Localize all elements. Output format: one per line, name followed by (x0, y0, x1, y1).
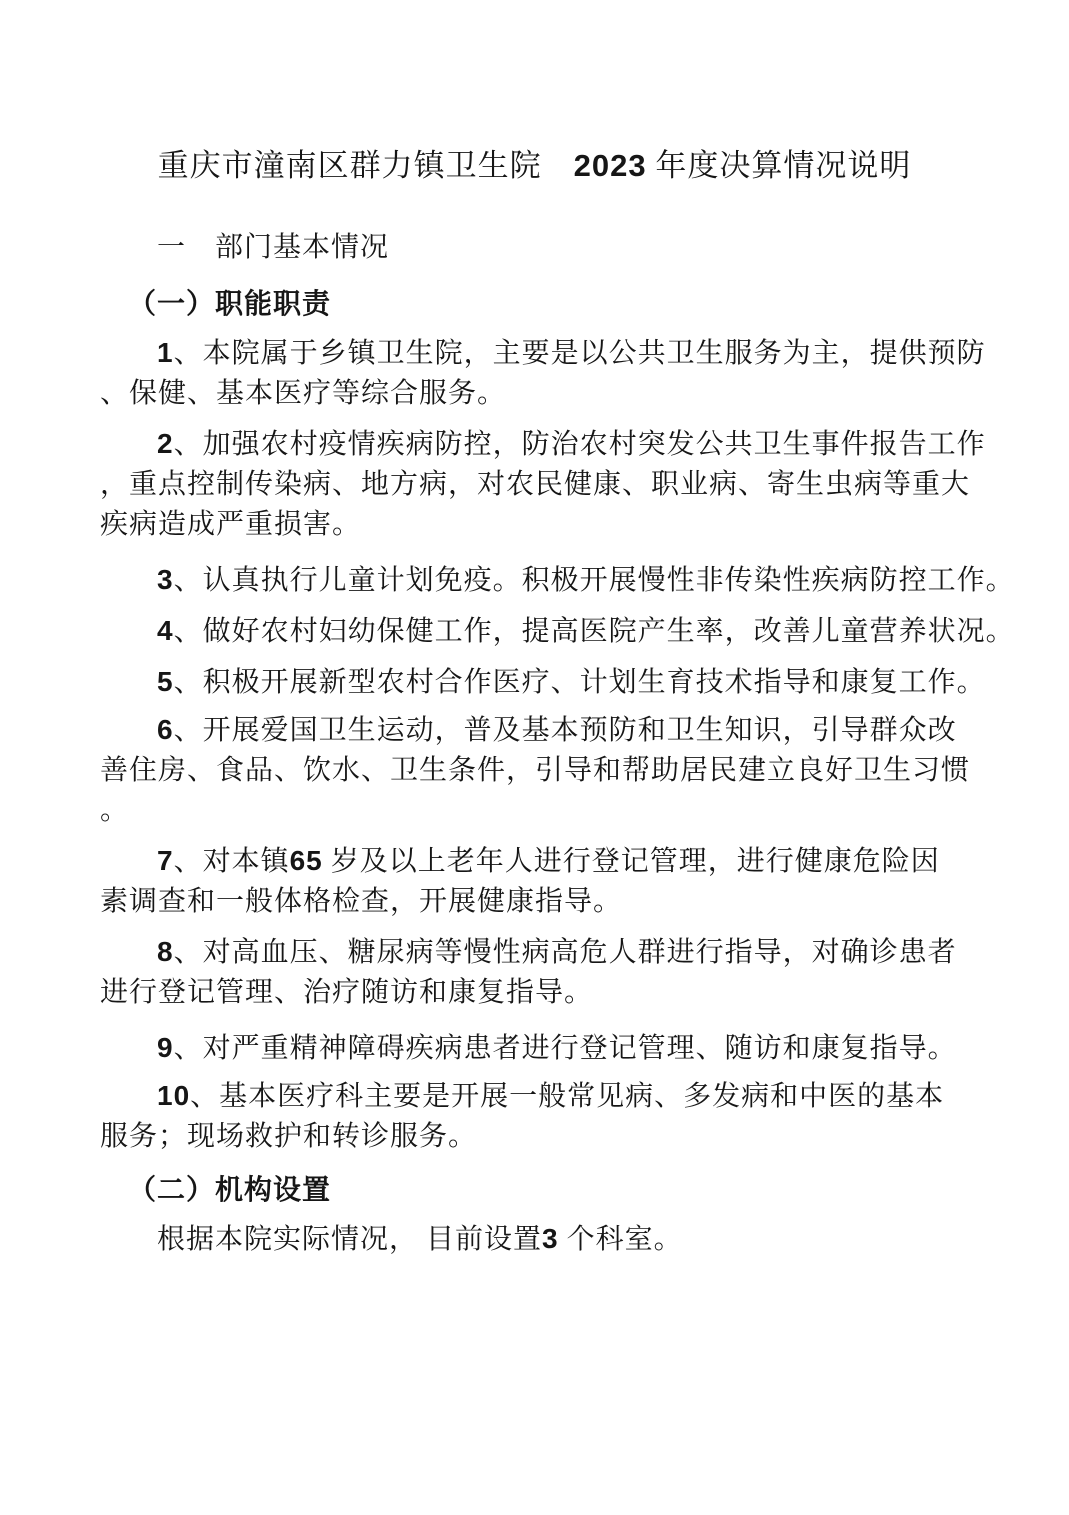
paragraph-item-3: 3、认真执行儿童计划免疫。积极开展慢性非传染性疾病防控工作。 (100, 560, 969, 601)
paragraph-line: 善住房、食品、饮水、卫生条件，引导和帮助居民建立良好卫生习惯 (100, 751, 969, 791)
paragraph-line: 10、基本医疗科主要是开展一般常见病、多发病和中医的基本 (100, 1076, 969, 1117)
document-page: 重庆市潼南区群力镇卫生院 2023 年度决算情况说明 一 部门基本情况 （一）职… (0, 0, 1069, 1515)
paragraph-item-7: 7、对本镇65 岁及以上老年人进行登记管理，进行健康危险因 素调查和一般体格检查… (100, 841, 969, 922)
paragraph-line: 5、积极开展新型农村合作医疗、计划生育技术指导和康复工作。 (100, 662, 969, 703)
subsection-heading-structure: （二）机构设置 (128, 1169, 969, 1211)
paragraph-structure: 根据本院实际情况， 目前设置3 个科室。 (100, 1219, 969, 1260)
paragraph-line: 1、本院属于乡镇卫生院，主要是以公共卫生服务为主，提供预防 (100, 333, 969, 374)
paragraph-line: 服务；现场救护和转诊服务。 (100, 1117, 969, 1157)
paragraph-item-10: 10、基本医疗科主要是开展一般常见病、多发病和中医的基本 服务；现场救护和转诊服… (100, 1076, 969, 1157)
paragraph-line: 4、做好农村妇幼保健工作，提高医院产生率，改善儿童营养状况。 (100, 611, 969, 652)
paragraph-line: 进行登记管理、治疗随访和康复指导。 (100, 973, 969, 1013)
paragraph-item-9: 9、对严重精神障碍疾病患者进行登记管理、随访和康复指导。 (100, 1028, 969, 1069)
paragraph-item-1: 1、本院属于乡镇卫生院，主要是以公共卫生服务为主，提供预防 、保健、基本医疗等综… (100, 333, 969, 414)
paragraph-line: 疾病造成严重损害。 (100, 505, 969, 545)
subsection-heading-duties: （一）职能职责 (128, 283, 969, 325)
paragraph-line: 3、认真执行儿童计划免疫。积极开展慢性非传染性疾病防控工作。 (100, 560, 969, 601)
paragraph-item-4: 4、做好农村妇幼保健工作，提高医院产生率，改善儿童营养状况。 (100, 611, 969, 652)
section-heading: 一 部门基本情况 (157, 228, 969, 268)
paragraph-line: 素调查和一般体格检查，开展健康指导。 (100, 882, 969, 922)
paragraph-line: 、保健、基本医疗等综合服务。 (100, 374, 969, 414)
paragraph-line: 2、加强农村疫情疾病防控，防治农村突发公共卫生事件报告工作 (100, 424, 969, 465)
paragraph-line: 。 (100, 791, 969, 831)
paragraph-line: 7、对本镇65 岁及以上老年人进行登记管理，进行健康危险因 (100, 841, 969, 882)
paragraph-line: 8、对高血压、糖尿病等慢性病高危人群进行指导，对确诊患者 (100, 932, 969, 973)
document-title: 重庆市潼南区群力镇卫生院 2023 年度决算情况说明 (100, 143, 969, 189)
paragraph-item-6: 6、开展爱国卫生运动，普及基本预防和卫生知识，引导群众改 善住房、食品、饮水、卫… (100, 710, 969, 831)
paragraph-line: 6、开展爱国卫生运动，普及基本预防和卫生知识，引导群众改 (100, 710, 969, 751)
paragraph-item-8: 8、对高血压、糖尿病等慢性病高危人群进行指导，对确诊患者 进行登记管理、治疗随访… (100, 932, 969, 1013)
paragraph-item-5: 5、积极开展新型农村合作医疗、计划生育技术指导和康复工作。 (100, 662, 969, 703)
paragraph-line: 根据本院实际情况， 目前设置3 个科室。 (100, 1219, 969, 1260)
paragraph-line: 9、对严重精神障碍疾病患者进行登记管理、随访和康复指导。 (100, 1028, 969, 1069)
paragraph-item-2: 2、加强农村疫情疾病防控，防治农村突发公共卫生事件报告工作 ，重点控制传染病、地… (100, 424, 969, 545)
paragraph-line: ，重点控制传染病、地方病，对农民健康、职业病、寄生虫病等重大 (100, 465, 969, 505)
